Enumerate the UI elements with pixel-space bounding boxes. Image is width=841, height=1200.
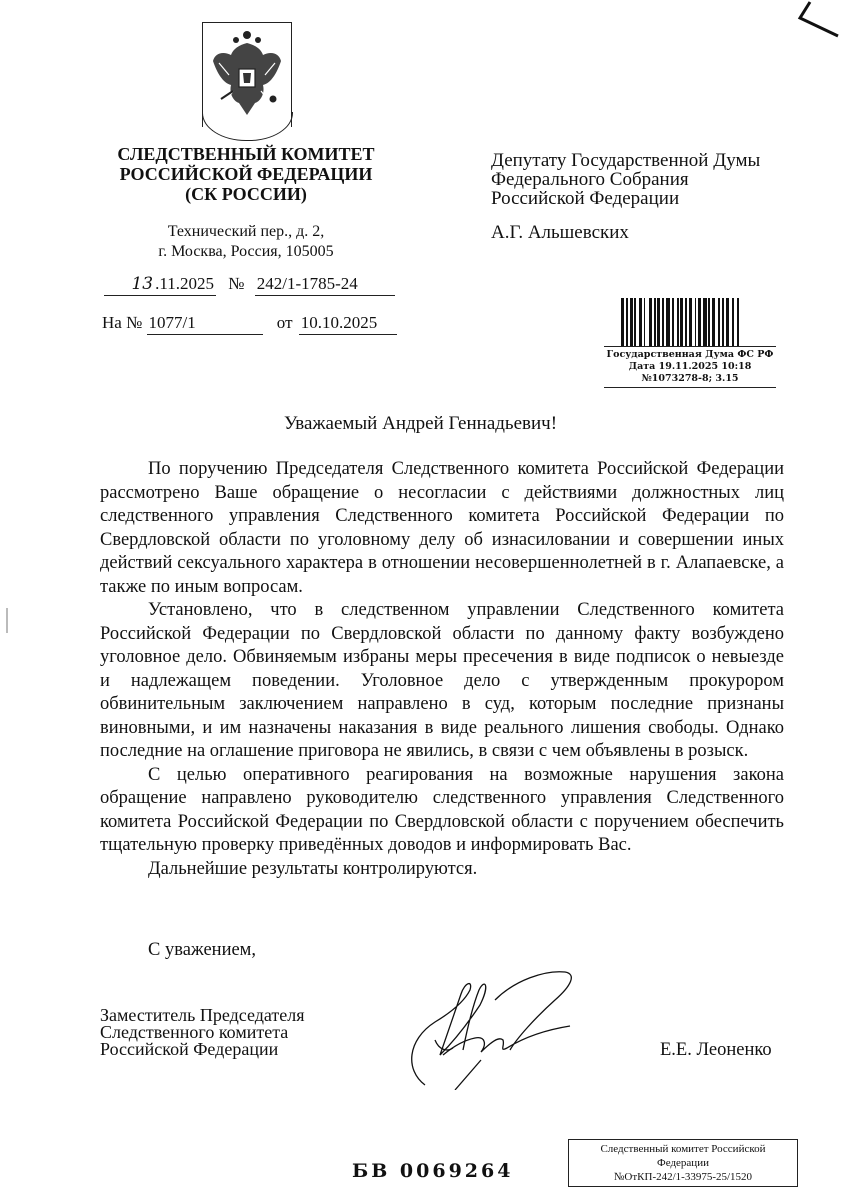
recipient-line: Российской Федерации xyxy=(491,189,760,208)
handwritten-day: 13 xyxy=(131,274,153,294)
outgoing-reference: 13.11.2025 № 242/1-1785-24 xyxy=(104,273,395,296)
reply-to-date: 10.10.2025 xyxy=(299,312,397,335)
greeting: Уважаемый Андрей Геннадьевич! xyxy=(0,413,841,435)
body-paragraph: По поручению Председателя Следственного … xyxy=(100,458,784,599)
closing-phrase: С уважением, xyxy=(148,940,256,961)
org-line: (СК РОССИИ) xyxy=(100,184,392,204)
reply-to-label: На № xyxy=(102,313,142,332)
form-serial-number: БВ 0069264 xyxy=(352,1160,513,1182)
address-line: г. Москва, Россия, 105005 xyxy=(100,242,392,262)
stamp-line: №ОтКП-242/1-33975-25/1520 xyxy=(569,1170,797,1184)
stamp-line: Государственная Дума ФС РФ xyxy=(604,349,776,361)
signer-name: Е.Е. Леоненко xyxy=(660,1040,772,1061)
handwritten-signature-icon xyxy=(395,960,595,1090)
number-label: № xyxy=(228,274,244,293)
from-label: от xyxy=(277,313,293,332)
duma-registration-stamp: Государственная Дума ФС РФ Дата 19.11.20… xyxy=(604,346,776,388)
recipient-line: Федерального Собрания xyxy=(491,170,760,189)
russian-coat-of-arms-icon xyxy=(203,23,291,133)
sender-address: Технический пер., д. 2, г. Москва, Росси… xyxy=(100,222,392,262)
stamp-line: №1073278-8; 3.15 xyxy=(604,373,776,385)
recipient-name: А.Г. Альшевских xyxy=(491,222,629,244)
date-month-year: .11.2025 xyxy=(155,274,214,293)
coat-of-arms-frame xyxy=(202,22,292,127)
signer-position: Заместитель Председателя Следственного к… xyxy=(100,1007,305,1058)
body-paragraph: С целью оперативного реагирования на воз… xyxy=(100,764,784,858)
recipient-title: Депутату Государственной Думы Федерально… xyxy=(491,151,760,208)
outgoing-number: 242/1-1785-24 xyxy=(255,273,395,296)
org-line: РОССИЙСКОЙ ФЕДЕРАЦИИ xyxy=(100,164,392,184)
outgoing-registration-stamp: Следственный комитет Российской Федераци… xyxy=(568,1139,798,1187)
address-line: Технический пер., д. 2, xyxy=(100,222,392,242)
barcode-icon xyxy=(621,298,761,346)
scan-edge-mark xyxy=(6,608,8,633)
body-paragraph: Дальнейшие результаты контролируются. xyxy=(100,858,784,882)
stamp-line: Следственный комитет Российской xyxy=(569,1142,797,1156)
stamp-line: Дата 19.11.2025 10:18 xyxy=(604,361,776,373)
stamp-line: Федерации xyxy=(569,1156,797,1170)
org-line: СЛЕДСТВЕННЫЙ КОМИТЕТ xyxy=(100,144,392,164)
body-paragraph: Установлено, что в следственном управлен… xyxy=(100,599,784,764)
reply-to-number: 1077/1 xyxy=(147,312,263,335)
corner-pen-mark-icon xyxy=(790,0,841,40)
letter-body: По поручению Председателя Следственного … xyxy=(100,458,784,881)
outgoing-date: 13.11.2025 xyxy=(104,273,216,296)
recipient-line: Депутату Государственной Думы xyxy=(491,151,760,170)
position-line: Российской Федерации xyxy=(100,1041,305,1058)
incoming-reference: На № 1077/1 от 10.10.2025 xyxy=(102,312,397,335)
sender-organization: СЛЕДСТВЕННЫЙ КОМИТЕТ РОССИЙСКОЙ ФЕДЕРАЦИ… xyxy=(100,144,392,204)
